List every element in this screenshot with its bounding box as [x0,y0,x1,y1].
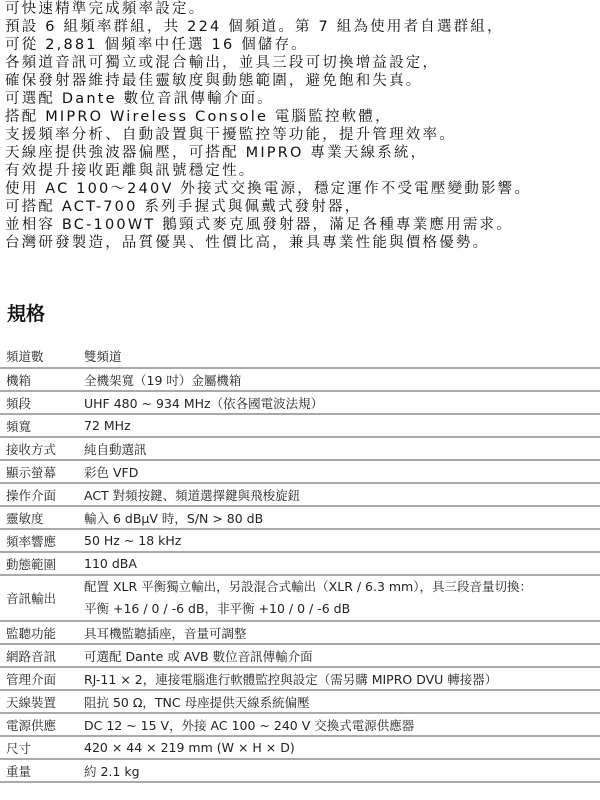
description-line: 搭配 MIPRO Wireless Console 電腦監控軟體， [5,108,600,126]
description-line: 可從 2,881 個頻率中任選 16 個儲存。 [5,36,600,54]
spec-row: 監聽功能具耳機監聽插座，音量可調整 [0,621,600,644]
spec-label: 頻率響應 [0,529,84,552]
spec-value-line: 平衡 +16 / 0 / -6 dB，非平衡 +10 / 0 / -6 dB [84,598,600,620]
description-line: 確保發射器維持最佳靈敏度與動態範圍，避免飽和失真。 [5,72,600,90]
spec-label: 操作介面 [0,483,84,506]
spec-value: 420 × 44 × 219 mm (W × H × D) [84,736,600,759]
spec-value: 約 2.1 kg [84,759,600,782]
spec-value: 配置 XLR 平衡獨立輸出，另設混合式輸出（XLR / 6.3 mm），具三段音… [84,575,600,621]
spec-row: 頻段UHF 480 ~ 934 MHz（依各國電波法規） [0,391,600,414]
spec-row: 頻寬72 MHz [0,414,600,437]
spec-row: 動態範圍110 dBA [0,552,600,575]
spec-value: 具耳機監聽插座，音量可調整 [84,621,600,644]
description-line: 支援頻率分析、自動設置與干擾監控等功能，提升管理效率。 [5,126,600,144]
spec-label: 顯示螢幕 [0,460,84,483]
spec-value: 純自動選訊 [84,437,600,460]
spec-value: 110 dBA [84,552,600,575]
spec-row: 顯示螢幕彩色 VFD [0,460,600,483]
spec-value: 72 MHz [84,414,600,437]
description-line: 可選配 Dante 數位音訊傳輸介面。 [5,90,600,108]
spec-label: 網路音訊 [0,644,84,667]
spec-row: 靈敏度輸入 6 dBμV 時，S/N > 80 dB [0,506,600,529]
spec-label: 接收方式 [0,437,84,460]
spec-label: 重量 [0,759,84,782]
spec-label: 尺寸 [0,736,84,759]
description-line: 可快速精準完成頻率設定。 [5,0,600,18]
spec-value: ACT 對頻按鍵、頻道選擇鍵與飛梭旋鈕 [84,483,600,506]
spec-value: 彩色 VFD [84,460,600,483]
spec-row: 頻道數雙頻道 [0,345,600,368]
spec-label: 音訊輸出 [0,575,84,621]
spec-label: 頻道數 [0,345,84,368]
spec-value: 阻抗 50 Ω，TNC 母座提供天線系統偏壓 [84,690,600,713]
spec-value: RJ-11 × 2，連接電腦進行軟體監控與設定（需另購 MIPRO DVU 轉接… [84,667,600,690]
description-line: 天線座提供強波器偏壓，可搭配 MIPRO 專業天線系統， [5,144,600,162]
spec-label: 天線裝置 [0,690,84,713]
spec-row: 頻率響應50 Hz ~ 18 kHz [0,529,600,552]
spec-label: 監聽功能 [0,621,84,644]
spec-row: 機箱全機架寬（19 吋）金屬機箱 [0,368,600,391]
spec-section-title: 規格 [7,299,45,326]
description-line: 使用 AC 100～240V 外接式交換電源，穩定運作不受電壓變動影響。 [5,180,600,198]
spec-row: 音訊輸出 配置 XLR 平衡獨立輸出，另設混合式輸出（XLR / 6.3 mm）… [0,575,600,621]
spec-label: 動態範圍 [0,552,84,575]
spec-table: 頻道數雙頻道 機箱全機架寬（19 吋）金屬機箱 頻段UHF 480 ~ 934 … [0,345,600,783]
description-line: 預設 6 組頻率群組，共 224 個頻道。第 7 組為使用者自選群組， [5,18,600,36]
spec-row: 網路音訊可選配 Dante 或 AVB 數位音訊傳輸介面 [0,644,600,667]
spec-label: 管理介面 [0,667,84,690]
spec-value: DC 12 ~ 15 V，外接 AC 100 ~ 240 V 交換式電源供應器 [84,713,600,736]
product-description: 可快速精準完成頻率設定。 預設 6 組頻率群組，共 224 個頻道。第 7 組為… [5,0,600,252]
spec-row: 操作介面ACT 對頻按鍵、頻道選擇鍵與飛梭旋鈕 [0,483,600,506]
spec-row: 天線裝置阻抗 50 Ω，TNC 母座提供天線系統偏壓 [0,690,600,713]
description-line: 可搭配 ACT-700 系列手握式與佩戴式發射器， [5,198,600,216]
description-line: 台灣研發製造，品質優異、性價比高，兼具專業性能與價格優勢。 [5,234,600,252]
spec-label: 電源供應 [0,713,84,736]
spec-value: 可選配 Dante 或 AVB 數位音訊傳輸介面 [84,644,600,667]
spec-label: 頻段 [0,391,84,414]
spec-row: 接收方式純自動選訊 [0,437,600,460]
spec-value-line: 配置 XLR 平衡獨立輸出，另設混合式輸出（XLR / 6.3 mm），具三段音… [84,576,600,598]
description-line: 並相容 BC-100WT 鵝頸式麥克風發射器，滿足各種專業應用需求。 [5,216,600,234]
spec-value: 雙頻道 [84,345,600,368]
spec-row: 管理介面RJ-11 × 2，連接電腦進行軟體監控與設定（需另購 MIPRO DV… [0,667,600,690]
spec-value: 50 Hz ~ 18 kHz [84,529,600,552]
spec-label: 機箱 [0,368,84,391]
spec-value: 輸入 6 dBμV 時，S/N > 80 dB [84,506,600,529]
spec-value: 全機架寬（19 吋）金屬機箱 [84,368,600,391]
description-line: 各頻道音訊可獨立或混合輸出，並具三段可切換增益設定， [5,54,600,72]
spec-row: 重量約 2.1 kg [0,759,600,782]
spec-label: 頻寬 [0,414,84,437]
spec-label: 靈敏度 [0,506,84,529]
description-line: 有效提升接收距離與訊號穩定性。 [5,162,600,180]
spec-row: 電源供應DC 12 ~ 15 V，外接 AC 100 ~ 240 V 交換式電源… [0,713,600,736]
spec-value: UHF 480 ~ 934 MHz（依各國電波法規） [84,391,600,414]
spec-row: 尺寸420 × 44 × 219 mm (W × H × D) [0,736,600,759]
